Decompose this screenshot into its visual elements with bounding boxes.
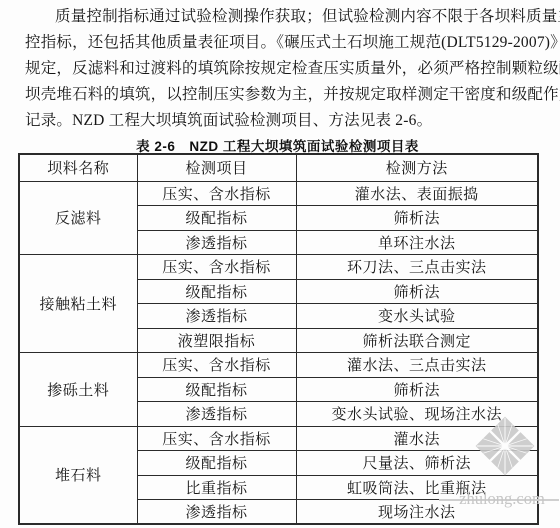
item-cell: 级配指标	[137, 279, 296, 304]
paragraph-line-1-text: 质量控制指标通过试验检测操作获取；但试验检测内容不限于各坝料质量主	[55, 8, 560, 25]
inspection-items-table: 坝料名称 检测项目 检测方法 反滤料 压实、含水指标 灌水法、表面振捣 级配指标…	[18, 153, 539, 525]
zhulong-logo-icon	[475, 415, 535, 477]
paragraph-line-2: 控指标，还包括其他质量表征项目。《碾压式土石坝施工规范(DLT5129-2007…	[25, 30, 553, 56]
item-cell: 比重指标	[137, 475, 296, 500]
document-page: 质量控制指标通过试验检测操作获取；但试验检测内容不限于各坝料质量主 控指标，还包…	[0, 0, 560, 528]
method-cell: 变水头试验	[296, 304, 538, 329]
item-cell: 渗透指标	[137, 402, 296, 427]
item-cell: 压实、含水指标	[137, 353, 296, 378]
material-cell: 堆石料	[19, 426, 137, 524]
item-cell: 级配指标	[137, 451, 296, 476]
method-cell: 灌水法、表面振捣	[296, 181, 538, 206]
item-cell: 压实、含水指标	[137, 255, 296, 280]
material-cell: 接触粘土料	[19, 255, 137, 353]
table-row: 掺砾土料 压实、含水指标 灌水法、三点击实法	[19, 353, 538, 378]
header-material: 坝料名称	[19, 154, 137, 181]
table-header-row: 坝料名称 检测项目 检测方法	[19, 154, 538, 181]
body-paragraph: 质量控制指标通过试验检测操作获取；但试验检测内容不限于各坝料质量主 控指标，还包…	[25, 4, 553, 134]
paragraph-line-3-text: 规定，反滤料和过渡料的填筑除按规定检查压实质量外，必须严格控制颗粒级配；	[25, 60, 560, 77]
paragraph-line-5: 记录。NZD 工程大坝填筑面试验检测项目、方法见表 2-6。	[25, 108, 553, 134]
method-cell: 灌水法、三点击实法	[296, 353, 538, 378]
paragraph-line-2-text: 控指标，还包括其他质量表征项目。《碾压式土石坝施工规范(DLT5129-2007…	[25, 34, 560, 51]
paragraph-line-1: 质量控制指标通过试验检测操作获取；但试验检测内容不限于各坝料质量主	[25, 4, 553, 30]
method-cell: 筛析法	[296, 206, 538, 231]
paragraph-line-5-text: 记录。NZD 工程大坝填筑面试验检测项目、方法见表 2-6。	[25, 112, 432, 129]
watermark-text: zhulong.com	[443, 489, 560, 509]
paragraph-line-4: 坝壳堆石料的填筑，以控制压实参数为主，并按规定取样测定干密度和级配作为	[25, 82, 553, 108]
item-cell: 渗透指标	[137, 230, 296, 255]
header-item: 检测项目	[137, 154, 296, 181]
paragraph-line-4-text: 坝壳堆石料的填筑，以控制压实参数为主，并按规定取样测定干密度和级配作为	[25, 86, 560, 103]
table-row: 堆石料 压实、含水指标 灌水法	[19, 426, 538, 451]
method-cell: 筛析法联合测定	[296, 328, 538, 353]
table-row: 接触粘土料 压实、含水指标 环刀法、三点击实法	[19, 255, 538, 280]
item-cell: 渗透指标	[137, 304, 296, 329]
method-cell: 筛析法	[296, 377, 538, 402]
item-cell: 级配指标	[137, 206, 296, 231]
method-cell: 环刀法、三点击实法	[296, 255, 538, 280]
table-caption: 表 2-6 NZD 工程大坝填筑面试验检测项目表	[18, 135, 537, 155]
item-cell: 压实、含水指标	[137, 426, 296, 451]
table-row: 反滤料 压实、含水指标 灌水法、表面振捣	[19, 181, 538, 206]
method-cell: 筛析法	[296, 279, 538, 304]
item-cell: 液塑限指标	[137, 328, 296, 353]
header-method: 检测方法	[296, 154, 538, 181]
paragraph-line-3: 规定，反滤料和过渡料的填筑除按规定检查压实质量外，必须严格控制颗粒级配；	[25, 56, 553, 82]
item-cell: 级配指标	[137, 377, 296, 402]
item-cell: 压实、含水指标	[137, 181, 296, 206]
item-cell: 渗透指标	[137, 500, 296, 525]
material-cell: 掺砾土料	[19, 353, 137, 427]
material-cell: 反滤料	[19, 181, 137, 255]
method-cell: 单环注水法	[296, 230, 538, 255]
